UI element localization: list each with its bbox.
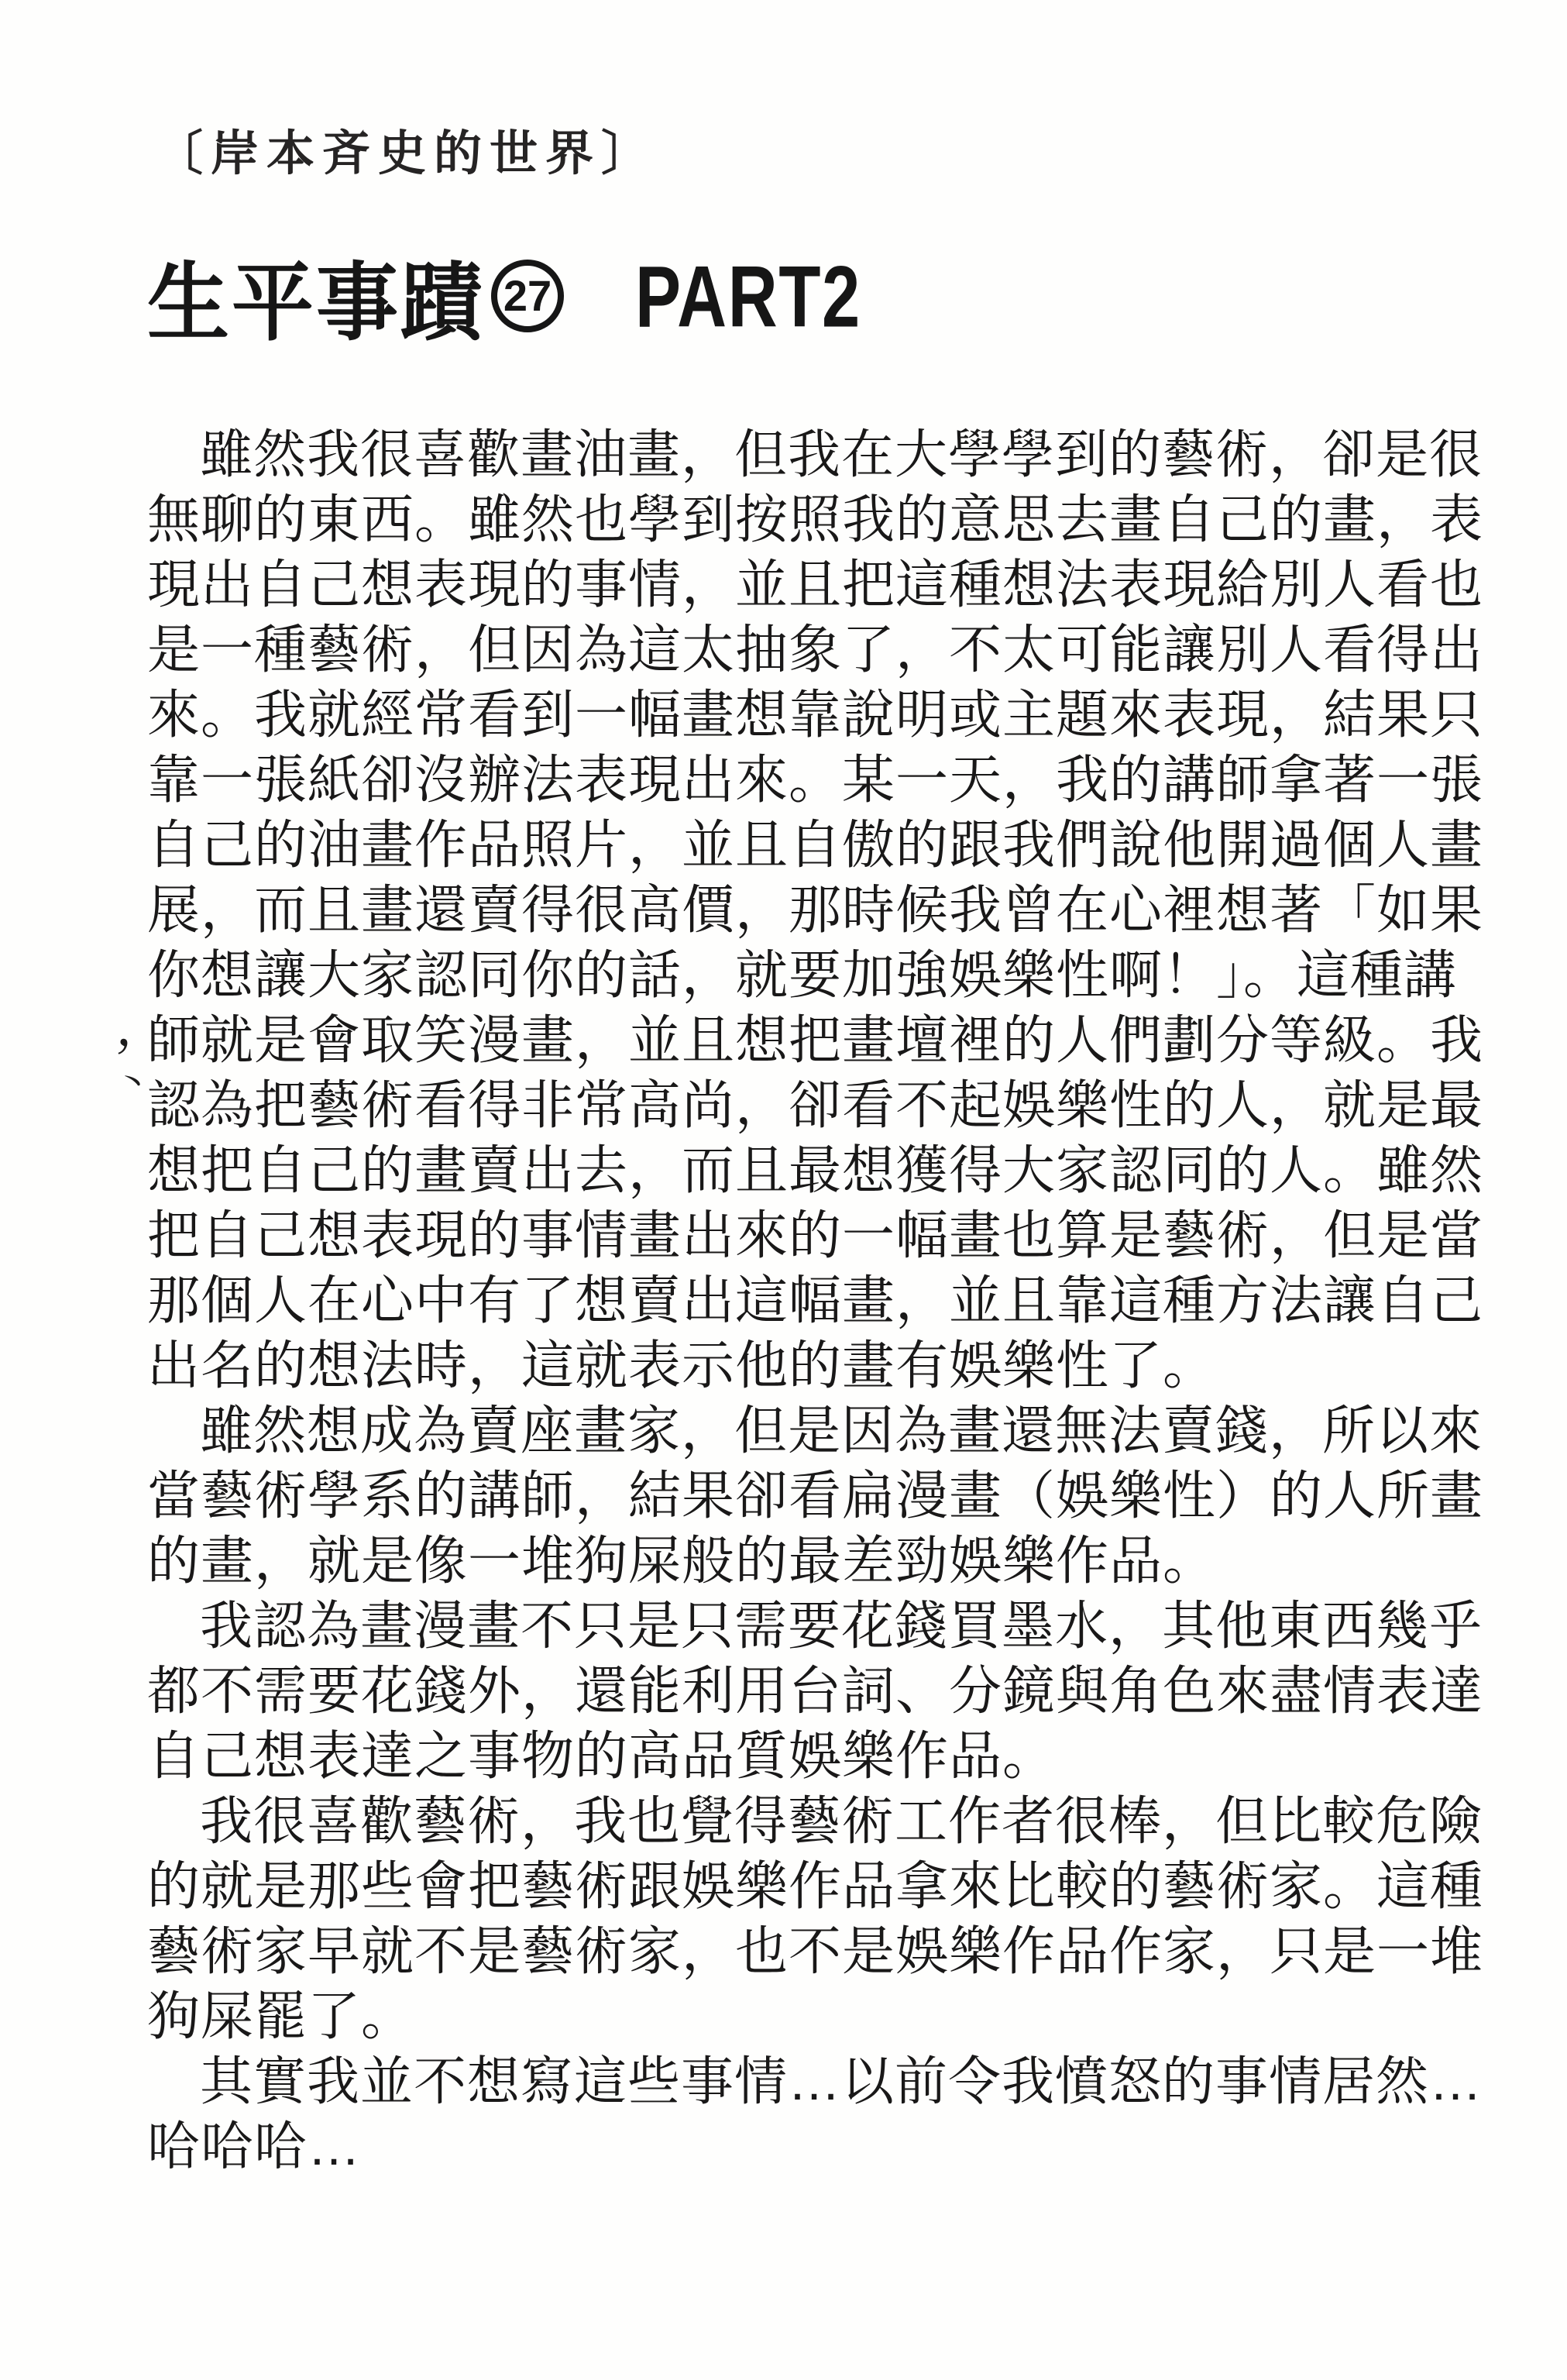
body-line: 師就是會取笑漫畫，並且想把畫壇裡的人們劃分等級。我 xyxy=(147,1008,1495,1073)
column-header: 〔岸本斉史的世界〕 xyxy=(155,115,657,184)
body-line: 的畫，就是像一堆狗屎般的最差勁娛樂作品。 xyxy=(147,1529,1495,1594)
body-line: 出名的想法時，這就表示他的畫有娛樂性了。 xyxy=(147,1333,1495,1398)
body-line: 狗屎罷了。 xyxy=(147,1984,1495,2049)
circled-number-27-icon: 27 xyxy=(491,260,564,332)
title-text: 生平事蹟 xyxy=(147,235,485,357)
body-line: 認為把藝術看得非常高尚，卻看不起娛樂性的人，就是最 xyxy=(147,1073,1495,1138)
body-line: 你想讓大家認同你的話，就要加強娛樂性啊！」。這種講 xyxy=(147,943,1495,1008)
body-line: 來。我就經常看到一幅畫想靠說明或主題來表現，結果只 xyxy=(147,683,1495,748)
body-line: 當藝術學系的講師，結果卻看扁漫畫（娛樂性）的人所畫 xyxy=(147,1463,1495,1529)
body-line: 靠一張紙卻沒辦法表現出來。某一天，我的講師拿著一張 xyxy=(147,748,1495,813)
body-line: 藝術家早就不是藝術家，也不是娛樂作品作家，只是一堆 xyxy=(147,1919,1495,1984)
scanned-author-notes-page: 〔岸本斉史的世界〕 生平事蹟 27 PART2 雖然我很喜歡畫油畫，但我在大學學… xyxy=(0,0,1567,2380)
body-line: 現出自己想表現的事情，並且把這種想法表現給別人看也 xyxy=(147,552,1495,617)
ink-smudge: ， xyxy=(115,1001,173,1059)
body-line: 展，而且畫還賣得很高價，那時候我曾在心裡想著「如果 xyxy=(147,878,1495,943)
body-line: 是一種藝術，但因為這太抽象了，不太可能讓別人看得出 xyxy=(147,617,1495,683)
essay-body: 雖然我很喜歡畫油畫，但我在大學學到的藝術，卻是很 無聊的東西。雖然也學到按照我的… xyxy=(147,422,1495,2179)
body-line: 雖然想成為賣座畫家，但是因為畫還無法賣錢，所以來 xyxy=(147,1398,1495,1463)
body-line: 哈哈哈… xyxy=(147,2114,1495,2179)
body-line: 都不需要花錢外，還能利用台詞、分鏡與角色來盡情表達 xyxy=(147,1659,1495,1724)
body-line: 我認為畫漫畫不只是只需要花錢買墨水，其他東西幾乎 xyxy=(147,1594,1495,1659)
body-line: 無聊的東西。雖然也學到按照我的意思去畫自己的畫，表 xyxy=(147,487,1495,552)
body-line: 我很喜歡藝術，我也覺得藝術工作者很棒，但比較危險 xyxy=(147,1789,1495,1854)
body-line: 那個人在心中有了想賣出這幅畫，並且靠這種方法讓自己 xyxy=(147,1268,1495,1333)
title-part-label: PART2 xyxy=(635,246,861,346)
body-line: 想把自己的畫賣出去，而且最想獲得大家認同的人。雖然 xyxy=(147,1138,1495,1203)
body-line: 自己的油畫作品照片，並且自傲的跟我們說他開過個人畫 xyxy=(147,813,1495,878)
body-line: 把自己想表現的事情畫出來的一幅畫也算是藝術，但是當 xyxy=(147,1203,1495,1268)
page-title: 生平事蹟 27 PART2 xyxy=(147,249,911,342)
body-line: 其實我並不想寫這些事情…以前令我憤怒的事情居然… xyxy=(147,2049,1495,2114)
body-line: 雖然我很喜歡畫油畫，但我在大學學到的藝術，卻是很 xyxy=(147,422,1495,487)
body-line: 自己想表達之事物的高品質娛樂作品。 xyxy=(147,1724,1495,1789)
body-line: 的就是那些會把藝術跟娛樂作品拿來比較的藝術家。這種 xyxy=(147,1854,1495,1919)
